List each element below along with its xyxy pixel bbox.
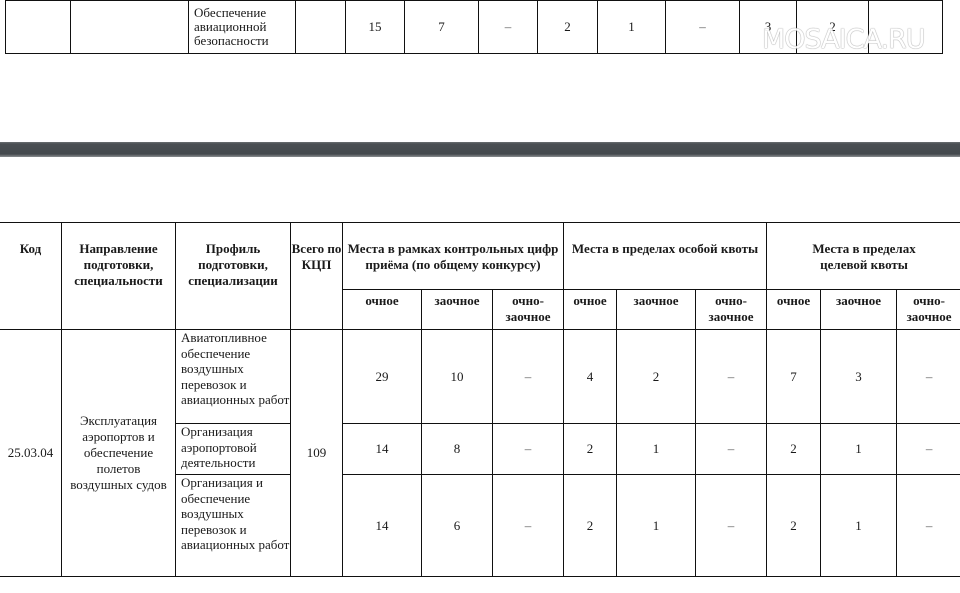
value-cell: 2	[617, 330, 696, 424]
header-group-general: Места в рамках контрольных цифр приёма (…	[343, 223, 564, 290]
value-cell: –	[696, 475, 767, 577]
value-cell: 2	[767, 424, 821, 475]
value-cell: 2	[564, 475, 617, 577]
header-total: Всего по КЦП	[291, 223, 343, 330]
code-cell	[6, 1, 71, 54]
header-general-full-time: очное	[343, 290, 422, 330]
value-cell: 29	[343, 330, 422, 424]
special-part-time-cell: 1	[598, 1, 666, 54]
value-cell: –	[897, 330, 960, 424]
general-part-time-cell: 7	[405, 1, 479, 54]
header-special-part-time: заочное	[617, 290, 696, 330]
total-cell	[296, 1, 346, 54]
page-separator	[0, 142, 960, 157]
value-cell: 14	[343, 475, 422, 577]
value-cell: 3	[821, 330, 897, 424]
value-cell: 8	[422, 424, 493, 475]
header-special-full-time: очное	[564, 290, 617, 330]
header-group-special: Места в пределах особой квоты	[564, 223, 767, 290]
value-cell: 1	[821, 424, 897, 475]
value-cell: 1	[821, 475, 897, 577]
target-full-time-cell: 3	[740, 1, 797, 54]
value-cell: 1	[617, 424, 696, 475]
value-cell: 14	[343, 424, 422, 475]
header-row-groups: Код Направление подготовки, специальност…	[0, 223, 960, 290]
special-full-time-cell: 2	[538, 1, 598, 54]
value-cell: 1	[617, 475, 696, 577]
value-cell: 4	[564, 330, 617, 424]
profile-cell: Организация аэропортовой деятельности	[176, 424, 291, 475]
program-direction: Эксплуатация аэропортов и обеспечение по…	[62, 330, 176, 577]
header-general-mixed: очно-заочное	[493, 290, 564, 330]
value-cell: 6	[422, 475, 493, 577]
header-code: Код	[0, 223, 62, 330]
header-group-target: Места в пределах целевой квоты	[767, 223, 960, 290]
table-row: 25.03.04 Эксплуатация аэропортов и обесп…	[0, 330, 960, 424]
value-cell: –	[493, 330, 564, 424]
target-part-time-cell: 2	[797, 1, 869, 54]
document-page-bottom: Код Направление подготовки, специальност…	[0, 157, 960, 593]
value-cell: 2	[767, 475, 821, 577]
target-mixed-cell	[869, 1, 943, 54]
header-target-mixed: очно-заочное	[897, 290, 960, 330]
value-cell: 2	[564, 424, 617, 475]
value-cell: –	[493, 475, 564, 577]
header-target-part-time: заочное	[821, 290, 897, 330]
special-mixed-cell: –	[666, 1, 740, 54]
profile-cell: Авиатопливное обеспечение воздушных пере…	[176, 330, 291, 424]
program-code: 25.03.04	[0, 330, 62, 577]
table-row: Обеспечение авиационной безопасности 15 …	[6, 1, 943, 54]
header-target-full-time: очное	[767, 290, 821, 330]
admission-table: Код Направление подготовки, специальност…	[0, 222, 960, 577]
value-cell: 10	[422, 330, 493, 424]
header-profile: Профиль подготовки, специализации	[176, 223, 291, 330]
value-cell: –	[696, 330, 767, 424]
value-cell: 7	[767, 330, 821, 424]
general-full-time-cell: 15	[346, 1, 405, 54]
header-special-mixed: очно-заочное	[696, 290, 767, 330]
profile-cell: Обеспечение авиационной безопасности	[189, 1, 296, 54]
header-general-part-time: заочное	[422, 290, 493, 330]
value-cell: –	[897, 424, 960, 475]
value-cell: –	[696, 424, 767, 475]
program-total-kcp: 109	[291, 330, 343, 577]
direction-cell	[71, 1, 189, 54]
value-cell: –	[897, 475, 960, 577]
header-direction: Направление подготовки, специальности	[62, 223, 176, 330]
value-cell: –	[493, 424, 564, 475]
profile-cell: Организация и обеспечение воздушных пере…	[176, 475, 291, 577]
general-mixed-cell: –	[479, 1, 538, 54]
top-table-fragment: Обеспечение авиационной безопасности 15 …	[5, 0, 943, 54]
document-page-top: Обеспечение авиационной безопасности 15 …	[0, 0, 960, 142]
